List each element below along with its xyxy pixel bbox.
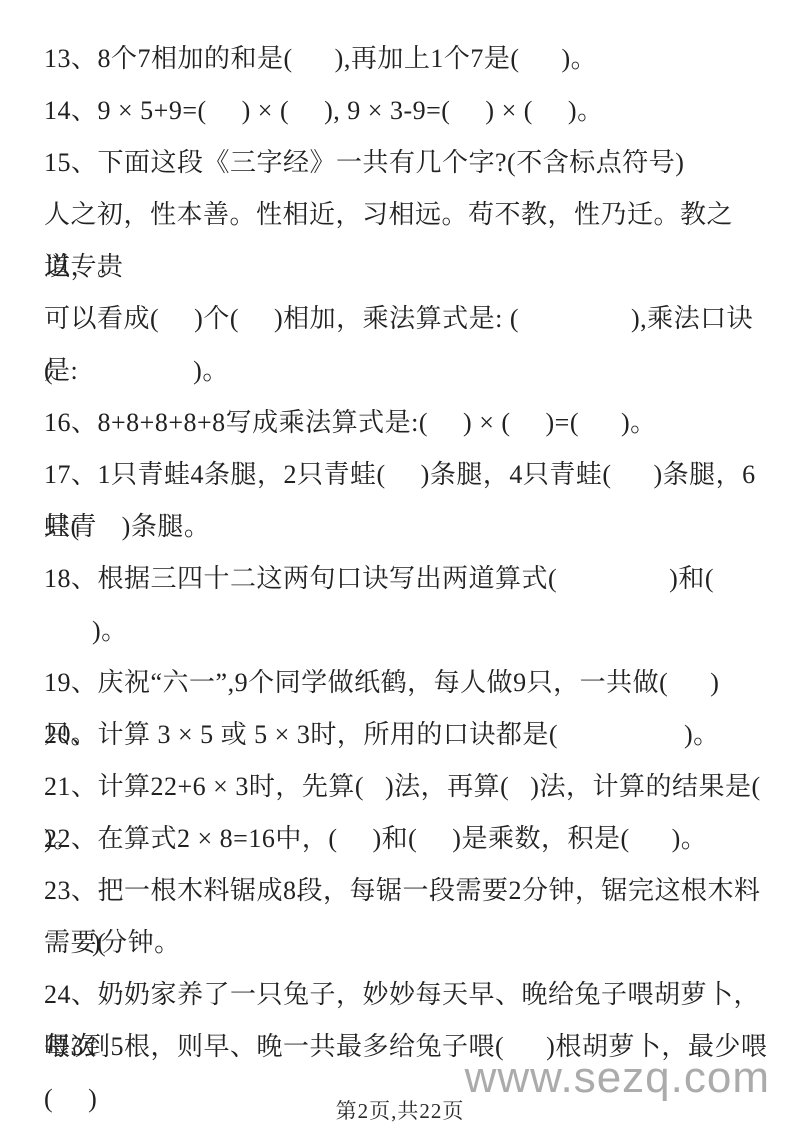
question-18-line-1: 18、根据三四十二这两句口诀写出两道算式( )和( — [44, 553, 770, 605]
question-20: 20、计算 3 × 5 或 5 × 3时，所用的口诀都是( )。 — [44, 709, 770, 761]
question-17-line-2: 蛙( )条腿。 — [44, 501, 770, 553]
question-23-line-2: )分钟。 — [44, 917, 770, 969]
question-17-line-1: 17、1只青蛙4条腿，2只青蛙( )条腿，4只青蛙( )条腿，6只青 — [44, 449, 770, 501]
question-15-passage-line-2: 以专。 — [44, 241, 770, 293]
question-24-line-1: 24、奶奶家养了一只兔子，妙妙每天早、晚给兔子喂胡萝卜，每次 — [44, 969, 770, 1021]
question-15-fill-line-1: 可以看成( )个( )相加，乘法算式是: ( ),乘法口诀是: — [44, 293, 770, 345]
question-16: 16、8+8+8+8+8写成乘法算式是:( ) × ( )=( )。 — [44, 397, 770, 449]
question-19: 19、庆祝“六一”,9个同学做纸鹤，每人做9只，一共做( )只。 — [44, 657, 770, 709]
worksheet-body: 13、8个7相加的和是( ),再加上1个7是( )。 14、9 × 5+9=( … — [44, 33, 770, 1073]
question-15: 15、下面这段《三字经》一共有几个字?(不含标点符号) — [44, 137, 770, 189]
question-22: 22、在算式2 × 8=16中，( )和( )是乘数，积是( )。 — [44, 813, 770, 865]
question-23-line-1: 23、把一根木料锯成8段，每锯一段需要2分钟，锯完这根木料需要( — [44, 865, 770, 917]
question-14: 14、9 × 5+9=( ) × ( ), 9 × 3-9=( ) × ( )。 — [44, 85, 770, 137]
question-18-line-2: )。 — [44, 605, 770, 657]
question-21: 21、计算22+6 × 3时，先算( )法，再算( )法，计算的结果是( )。 — [44, 761, 770, 813]
page-number: 第2页,共22页 — [0, 1095, 800, 1125]
question-15-fill-line-2: ( )。 — [44, 345, 770, 397]
worksheet-page: 13、8个7相加的和是( ),再加上1个7是( )。 14、9 × 5+9=( … — [0, 0, 800, 1131]
question-13: 13、8个7相加的和是( ),再加上1个7是( )。 — [44, 33, 770, 85]
question-15-passage-line-1: 人之初，性本善。性相近，习相远。苟不教，性乃迁。教之道，贵 — [44, 189, 770, 241]
